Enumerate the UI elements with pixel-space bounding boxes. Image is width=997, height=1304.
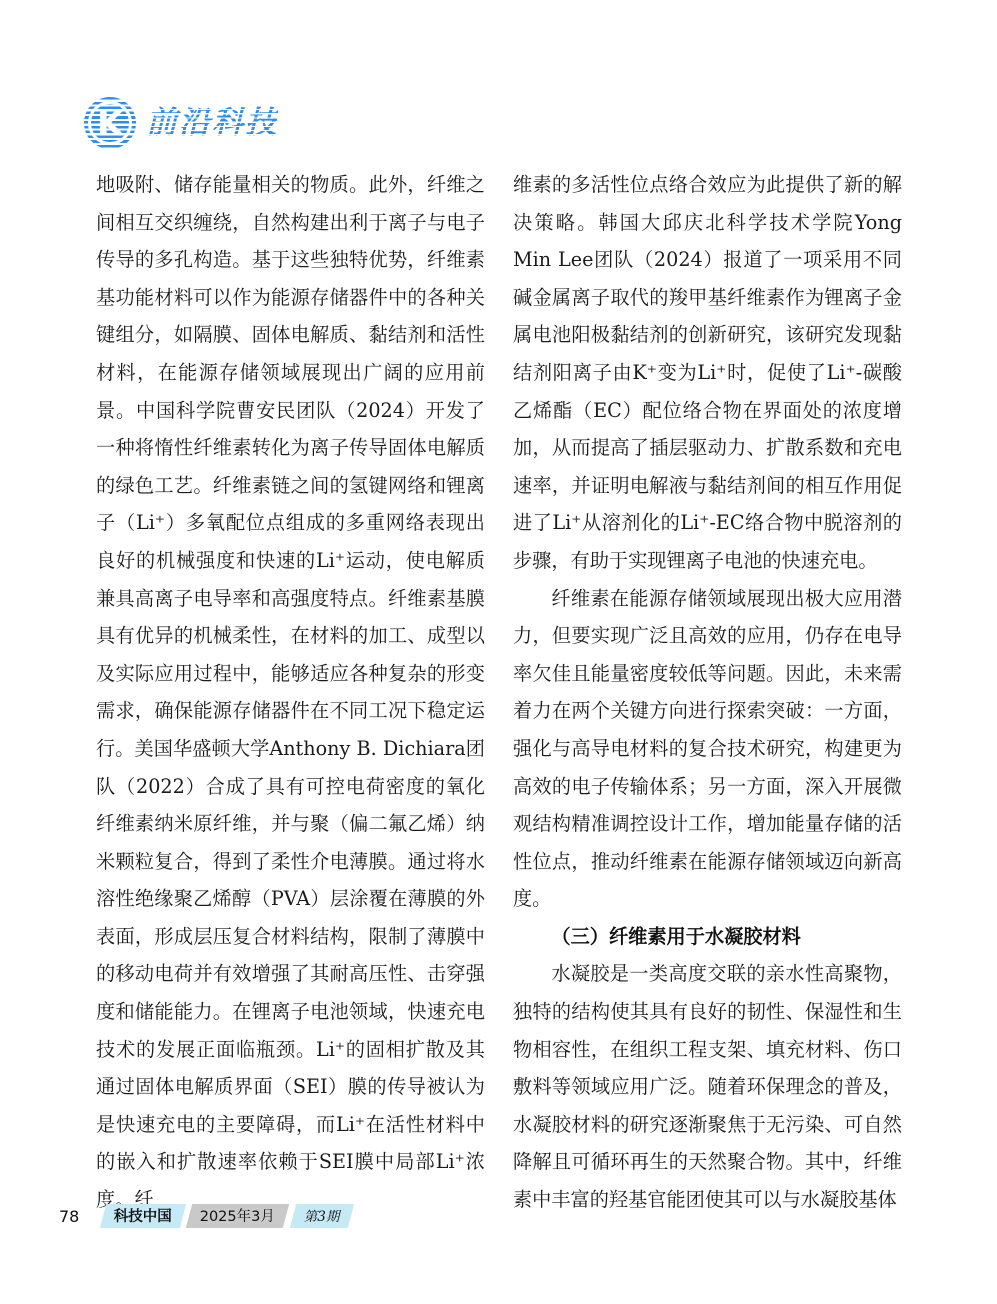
- right-column: 维素的多活性位点络合效应为此提供了新的解决策略。韩国大邱庆北科学技术学院Yong…: [513, 166, 902, 1219]
- logo-letter: K: [97, 107, 123, 140]
- article-body: 地吸附、储存能量相关的物质。此外，纤维之间相互交织缠绕，自然构建出利于离子与电子…: [96, 166, 902, 1219]
- issue-number-label: 第3期: [303, 1208, 339, 1226]
- body-paragraph: 水凝胶是一类高度交联的亲水性高聚物，独特的结构使其具有良好的韧性、保湿性和生物相…: [513, 955, 902, 1218]
- issue-number-badge: 第3期: [289, 1204, 353, 1228]
- body-paragraph: 地吸附、储存能量相关的物质。此外，纤维之间相互交织缠绕，自然构建出利于离子与电子…: [96, 166, 485, 1219]
- body-paragraph: 维素的多活性位点络合效应为此提供了新的解决策略。韩国大邱庆北科学技术学院Yong…: [513, 166, 902, 580]
- section-banner-title: 前沿科技: [146, 106, 278, 140]
- journal-name-badge: 科技中国: [100, 1204, 186, 1228]
- section-heading: （三）纤维素用于水凝胶材料: [513, 918, 902, 956]
- journal-name-label: 科技中国: [114, 1208, 172, 1226]
- magazine-page: K 前沿科技 地吸附、储存能量相关的物质。此外，纤维之间相互交织缠绕，自然构建出…: [0, 0, 997, 1304]
- logo-k-icon: K: [84, 97, 136, 149]
- issue-date-label: 2025年3月: [200, 1208, 275, 1226]
- body-paragraph: 纤维素在能源存储领域展现出极大应用潜力，但要实现广泛且高效的应用，仍存在电导率欠…: [513, 580, 902, 918]
- issue-date-badge: 2025年3月: [186, 1204, 290, 1228]
- page-header: K 前沿科技: [84, 97, 278, 149]
- page-footer: 78 科技中国 2025年3月 第3期: [59, 1204, 356, 1228]
- left-column: 地吸附、储存能量相关的物质。此外，纤维之间相互交织缠绕，自然构建出利于离子与电子…: [96, 166, 485, 1219]
- page-number: 78: [59, 1207, 79, 1226]
